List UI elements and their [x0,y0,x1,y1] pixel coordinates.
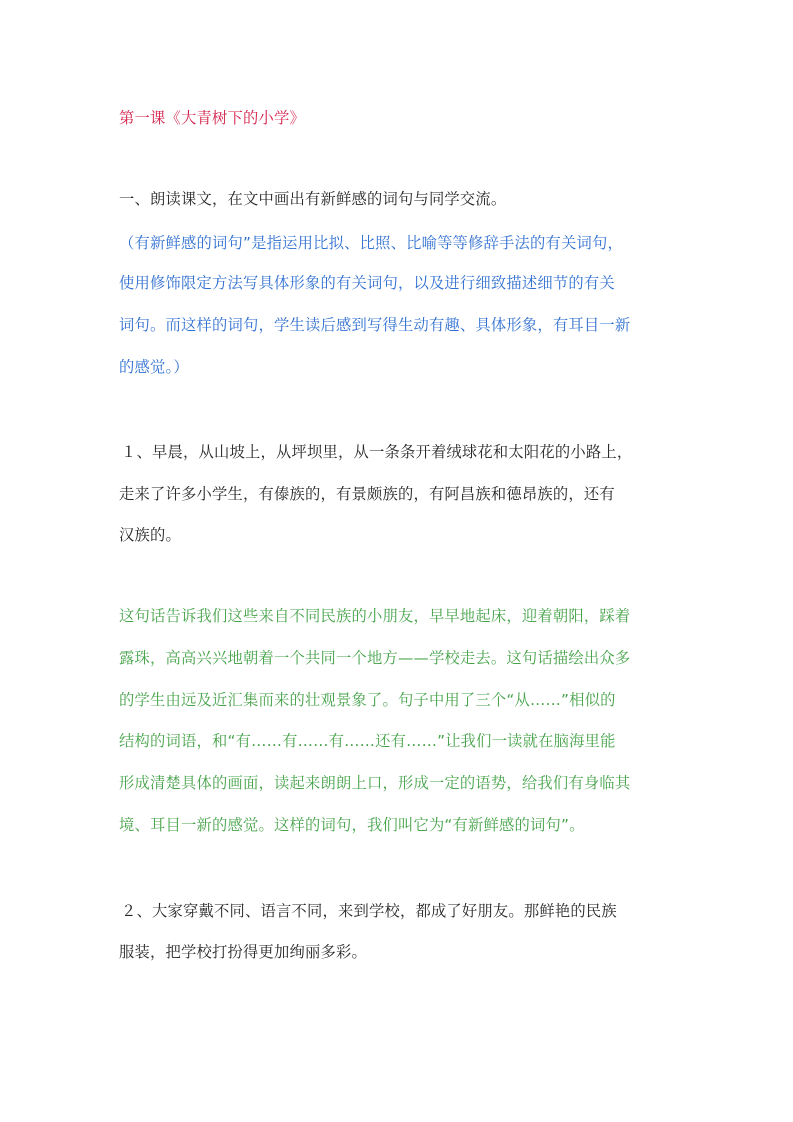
sentence-line: 服装，把学校打扮得更加绚丽多彩。 [119,942,367,962]
explanation-line: 境、耳目一新的感觉。这样的词句，我们叫它为“有新鲜感的词句”。 [119,815,585,835]
sentence-line: 汉族的。 [119,525,181,545]
section-heading: 一、朗读课文，在文中画出有新鲜感的词句与同学交流。 [119,189,506,209]
sentence-line: 走来了许多小学生，有傣族的，有景颇族的，有阿昌族和德昂族的，还有 [119,484,615,504]
explanation-line: 这句话告诉我们这些来自不同民族的小朋友，早早地起床，迎着朝阳，踩着 [119,606,630,626]
document-page: 第一课《大青树下的小学》 一、朗读课文，在文中画出有新鲜感的词句与同学交流。 （… [0,0,793,1122]
note-line: 使用修饰限定方法写具体形象的有关词句，以及进行细致描述细节的有关 [119,273,615,293]
explanation-line: 露珠，高高兴兴地朝着一个共同一个地方——学校走去。这句话描绘出众多 [119,648,630,668]
note-line: 的感觉。） [119,357,189,377]
note-line: 词句。而这样的词句，学生读后感到写得生动有趣、具体形象，有耳目一新 [119,315,630,335]
lesson-title: 第一课《大青树下的小学》 [119,108,305,128]
sentence-line: ２、大家穿戴不同、语言不同，来到学校，都成了好朋友。那鲜艳的民族 [121,901,617,921]
explanation-line: 结构的词语，和“有……有……有……还有……”让我们一读就在脑海里能 [119,731,616,751]
explanation-line: 形成清楚具体的画面，读起来朗朗上口，形成一定的语势，给我们有身临其 [119,773,630,793]
explanation-line: 的学生由远及近汇集而来的壮观景象了。句子中用了三个“从……”相似的 [119,690,616,710]
note-line: （有新鲜感的词句”是指运用比拟、比照、比喻等等修辞手法的有关词句， [119,233,623,253]
sentence-line: １、早晨，从山坡上，从坪坝里，从一条条开着绒球花和太阳花的小路上， [121,442,632,462]
